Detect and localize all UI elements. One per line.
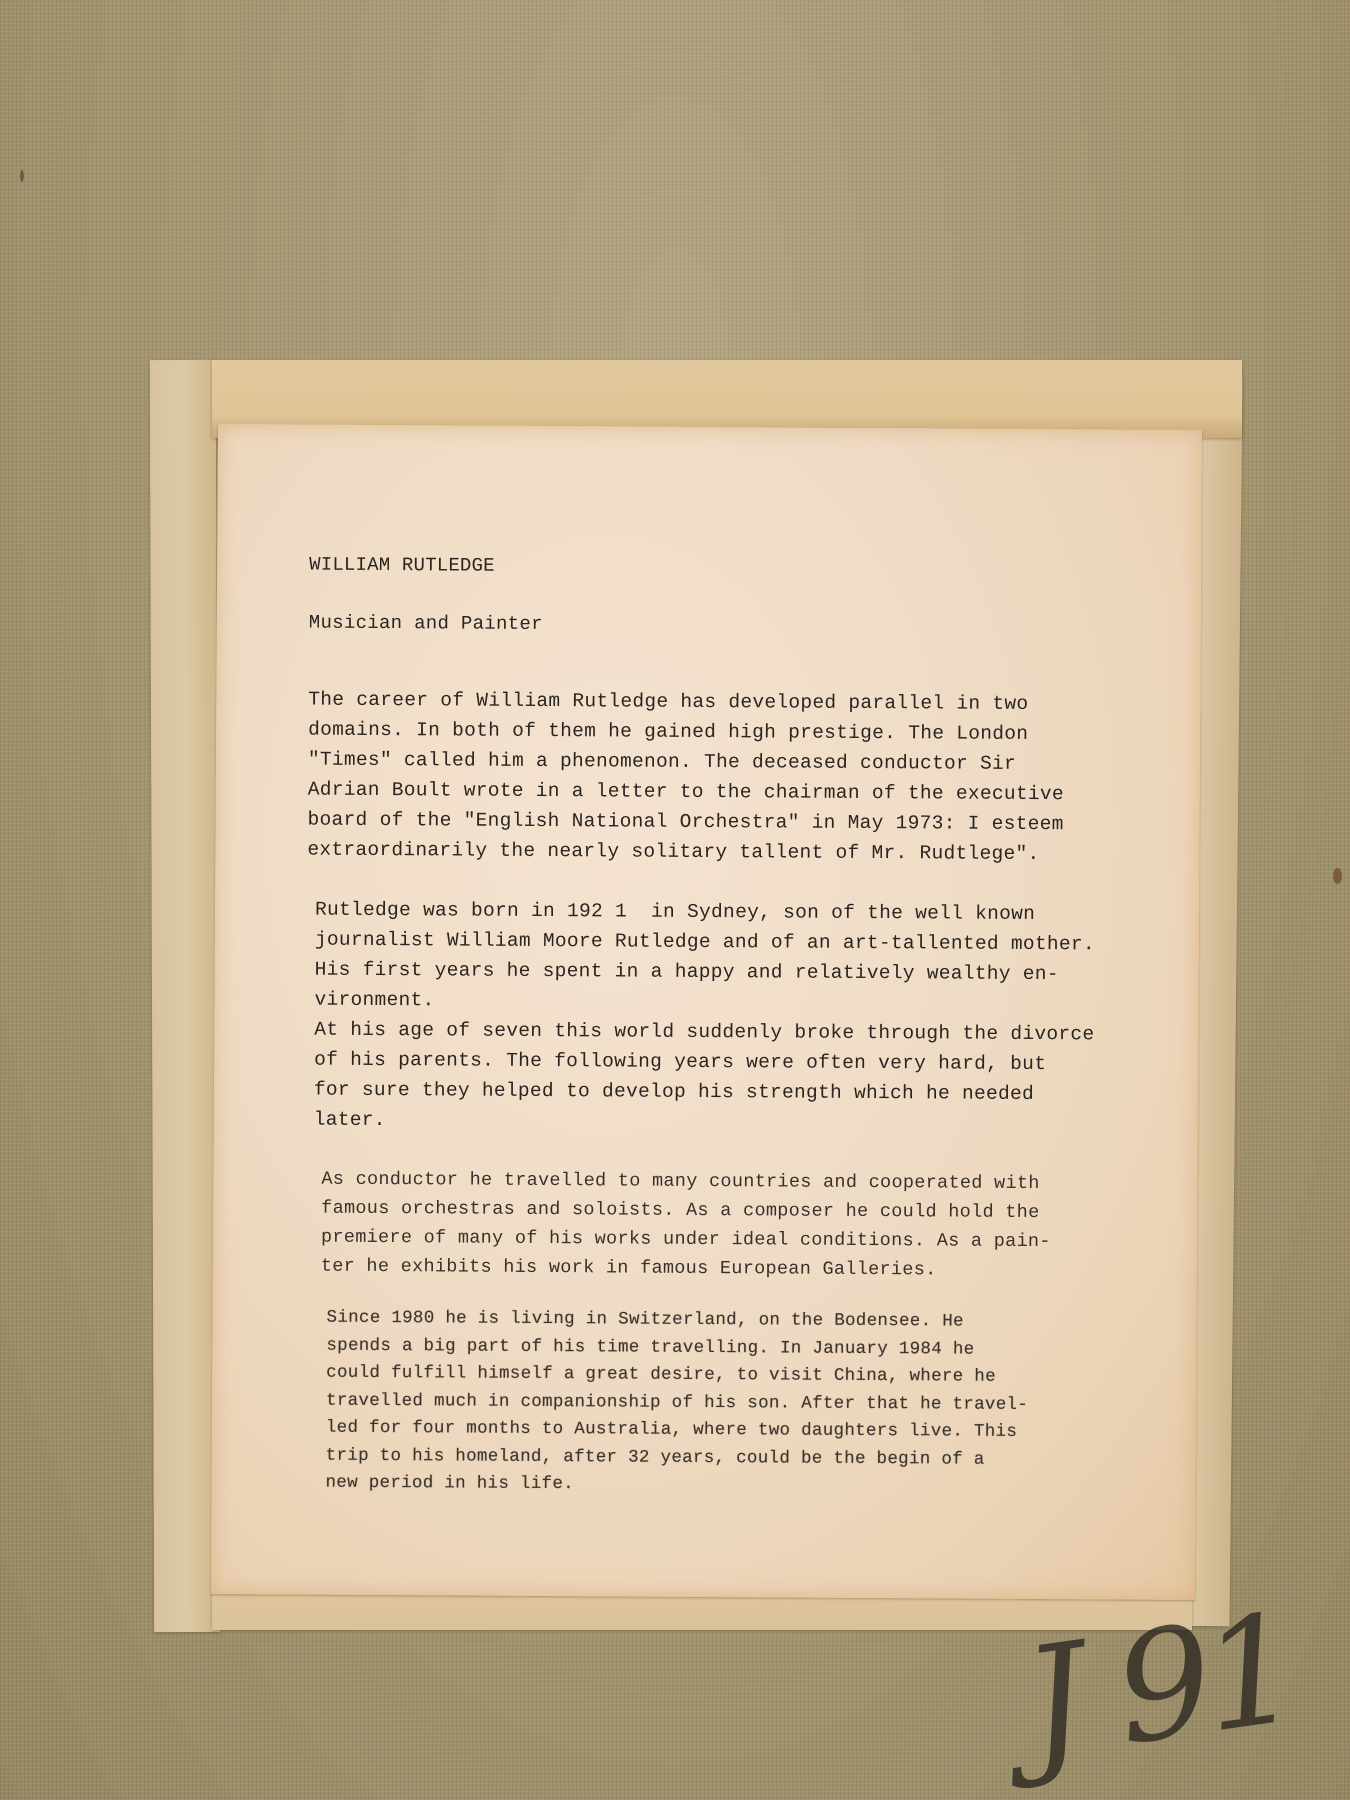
document-body: WILLIAM RUTLEDGE Musician and Painter Th… xyxy=(303,553,1169,1503)
handwritten-signature: J 91 xyxy=(1014,1582,1302,1791)
stain-mark xyxy=(1333,868,1342,884)
paragraph-conductor: As conductor he travelled to many countr… xyxy=(305,1165,1166,1286)
paragraph-career: The career of William Rutledge has devel… xyxy=(307,685,1168,870)
typewritten-card: WILLIAM RUTLEDGE Musician and Painter Th… xyxy=(211,424,1202,1600)
document-title: WILLIAM RUTLEDGE xyxy=(309,553,1169,582)
stain-mark xyxy=(20,170,24,182)
document-subtitle: Musician and Painter xyxy=(309,611,1169,640)
paragraph-early-life: Rutledge was born in 192 1 in Sydney, so… xyxy=(306,895,1167,1140)
paragraph-switzerland: Since 1980 he is living in Switzerland, … xyxy=(303,1305,1164,1503)
tape-strip-left xyxy=(150,360,220,1632)
